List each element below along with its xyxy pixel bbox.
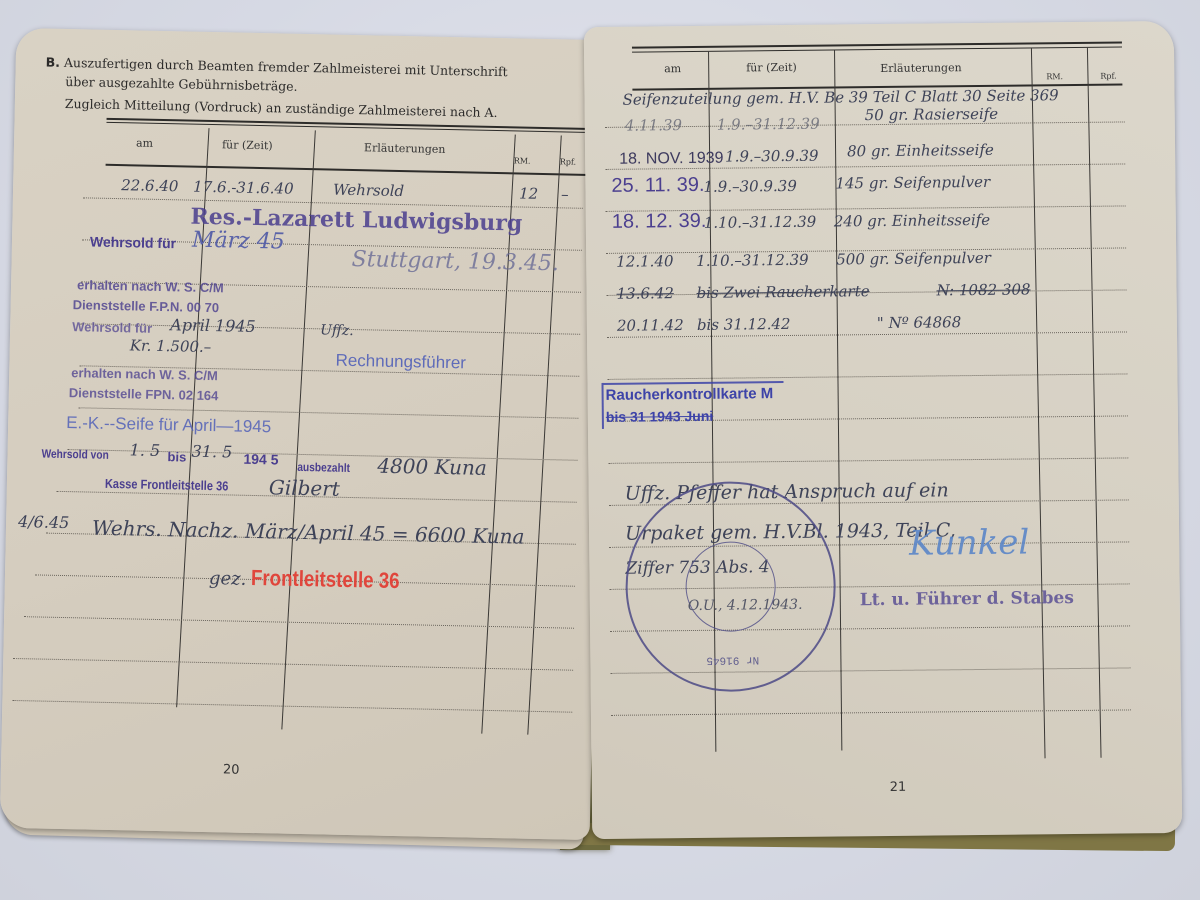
wehrsold-maerz-value: März 45 [192,228,285,255]
stamp-wehrsold-april-label: Wehrsold für [72,319,152,336]
section-marker: B. [46,55,61,70]
entry-am-stamp: 18. NOV. 1939 [619,150,724,169]
entry-rm: 12 [519,184,538,202]
entry-text: 240 gr. Einheitsseife [834,211,991,231]
stamp-raucher-bis: bis 31 1943 Juni [606,408,714,425]
entry-text: Wehrsold [333,181,404,200]
official-seal: O.U., 4.12.1943. Nr 91645 [625,481,837,693]
entry-zeit-struck: bis Zwei Raucherkarte [696,282,869,302]
stamp-erhalten-1: erhalten nach W. S. C/M [77,277,224,295]
page-number-left: 20 [223,762,240,777]
entry-zeit: 1.9.–30.9.39 [703,177,797,196]
stamp-dienststelle-2: Dienststelle FPN. 02 164 [69,385,219,403]
stamp-kasse: Kasse Frontleitstelle 36 [105,476,229,494]
wehrsold-von-from: 1. 5 [129,440,160,460]
col-header-erlaeuterungen: Erläuterungen [880,61,962,75]
stamp-dienststelle-1: Dienststelle F.P.N. 00 70 [73,297,220,315]
kasse-signature: Gilbert [269,475,341,500]
col-divider [527,135,561,734]
dotted-line [24,616,574,629]
entry-text: 50 gr. Rasierseife [865,105,999,124]
entry-text-struck: N: 1082 308 [936,280,1030,299]
stamp-wehrsold-label: Wehrsold für [90,233,176,251]
dotted-line [611,709,1131,715]
col-header-zeit: für (Zeit) [746,61,797,75]
signature-stuttgart: Stuttgart, 19.3.45. [351,247,559,276]
entry-zeit: 1.10.–31.12.39 [704,213,817,232]
stamp-rechnungsfuehrer: Rechnungsführer [335,351,466,374]
entry-date-4-6-45: 4/6.45 [18,512,70,532]
wehrsold-april-value: April 1945 [170,315,256,336]
seal-eagle-emblem [685,541,776,632]
col-header-rm: RM. [514,156,531,165]
col-header-rpf: Rpf. [560,157,577,166]
entry-am: 4.11.39 [625,116,682,135]
dotted-line [607,331,1127,337]
entry-text: 80 gr. Einheitsseife [847,141,994,161]
entry-am-stamp: 18. 12. 39. [612,210,707,234]
page-left: B. Auszufertigen durch Beamten fremder Z… [0,28,606,840]
dotted-line [12,700,572,713]
entry-text: " Nº 64868 [877,313,962,332]
uffz-note: Uffz. [320,322,354,339]
header-rule-bottom [106,164,590,176]
entry-am: 12.1.40 [616,252,673,271]
stamp-signature-title: Lt. u. Führer d. Stabes [860,588,1074,610]
entry-zeit: 17.6.-31.6.40 [193,178,294,198]
dotted-line [608,457,1128,463]
entry-zeit: bis 31.12.42 [697,315,791,334]
stamp-wehrsold-von-label: Wehrsold von [41,447,109,462]
col-header-zeit: für (Zeit) [222,138,273,152]
stamp-wehrsold-year: 194 5 [243,451,278,468]
entry-am: 22.6.40 [121,176,179,195]
intro-text: B. Auszufertigen durch Beamten fremder Z… [45,53,566,124]
stamp-frontleitstelle: Frontleitstelle 36 [251,565,400,594]
col-divider [1087,48,1102,758]
entry-am: 20.11.42 [617,316,684,335]
page-right: am für (Zeit) Erläuterungen RM. Rpf. Sei… [584,21,1182,839]
entry-text: 500 gr. Seifenpulver [836,249,991,269]
entry-text: 145 gr. Seifenpulver [835,173,990,193]
page-number-right: 21 [890,780,907,795]
entry-am-stamp: 25. 11. 39. [611,174,704,198]
amount-4800: 4800 Kuna [377,454,487,480]
col-header-am: am [136,136,153,149]
stamp-raucherkontrollkarte: Raucherkontrollkarte M [606,385,774,404]
col-divider [1031,48,1046,758]
col-header-erlaeuterungen: Erläuterungen [364,141,446,156]
stamp-ausbezahlt: ausbezahlt [297,460,350,475]
entry-nachzahlung: Wehrs. Nachz. März/April 45 = 6600 Kuna [92,516,525,549]
gez-note: gez. [209,568,247,590]
stamp-wehrsold-bis-label: bis [167,449,186,464]
entry-zeit: 1.9.–30.9.39 [725,147,819,166]
entry-rpf: – [561,185,569,203]
stamp-erhalten-2: erhalten nach W. S. C/M [71,365,218,383]
col-header-rm: RM. [1046,72,1063,81]
seal-number: Nr 91645 [706,653,759,666]
col-divider [834,50,842,750]
entry-zeit: 1.9.–31.12.39 [717,115,820,134]
dotted-line [13,658,573,671]
seal-date: O.U., 4.12.1943. [688,597,803,614]
dotted-line [607,373,1127,379]
stamp-seife: E.-K.--Seife für April—1945 [66,413,271,437]
wehrsold-bis-to: 31. 5 [191,442,232,462]
col-header-am: am [664,62,681,75]
kr-amount: Kr. 1.500.– [130,336,212,356]
entry-zeit: 1.10.–31.12.39 [696,251,809,270]
col-header-rpf: Rpf. [1100,72,1116,81]
signature: Kunkel [909,522,1029,563]
entry-am-struck: 13.6.42 [616,284,673,303]
